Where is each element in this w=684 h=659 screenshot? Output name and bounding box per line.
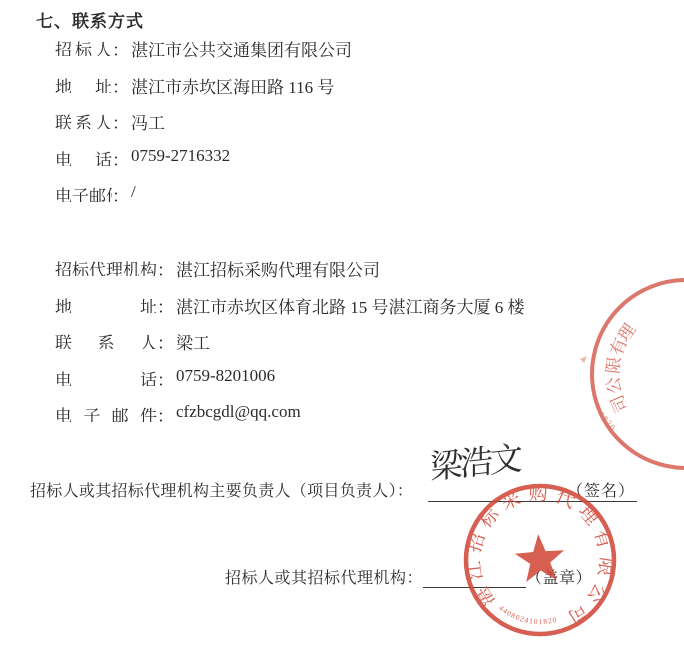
seal-char: 司 bbox=[607, 392, 631, 415]
org-label: 招标人或其招标代理机构： bbox=[225, 570, 423, 587]
field-value: 湛江市赤坎区体育北路 15 号湛江商务大厦 6 楼 bbox=[174, 293, 525, 318]
responsible-label: 招标人或其招标代理机构主要负责人（项目负责人）： bbox=[30, 483, 413, 500]
field-colon: ： bbox=[157, 256, 174, 281]
field-colon: ： bbox=[157, 293, 174, 318]
field-label: 地址 bbox=[55, 293, 157, 313]
field-row-email: 电子邮件：/ bbox=[55, 182, 352, 202]
field-label: 电话 bbox=[55, 146, 112, 166]
field-value: 0759-8201006 bbox=[174, 366, 275, 386]
field-row-email: 电子邮件：cfzbcgdl@qq.com bbox=[55, 402, 525, 422]
field-label: 招标人 bbox=[55, 36, 112, 56]
field-colon: ： bbox=[112, 73, 129, 98]
field-colon: ： bbox=[112, 36, 129, 61]
svg-text:4408024101820: 4408024101820 bbox=[496, 603, 561, 631]
field-value: / bbox=[129, 182, 136, 202]
field-label: 电子邮件 bbox=[55, 402, 157, 422]
seal-char: 有 bbox=[607, 335, 631, 358]
field-row-contact-person: 联系人：冯工 bbox=[55, 109, 352, 129]
field-colon: ： bbox=[157, 366, 174, 391]
field-label: 招标代理机构 bbox=[55, 256, 157, 276]
field-row-phone: 电话：0759-8201006 bbox=[55, 366, 525, 386]
organization-seal-row: 招标人或其招标代理机构：（盖章） bbox=[225, 565, 592, 588]
field-value: 湛江市赤坎区海田路 116 号 bbox=[129, 73, 334, 98]
seal-star-tip-fragment bbox=[580, 356, 587, 363]
field-value: 湛江招标采购代理有限公司 bbox=[174, 256, 380, 281]
sign-suffix-label: （签名） bbox=[567, 478, 635, 501]
field-value: 湛江市公共交通集团有限公司 bbox=[129, 36, 352, 61]
section-title: 七、联系方式 bbox=[36, 7, 144, 32]
field-label: 电话 bbox=[55, 366, 157, 386]
field-colon: ： bbox=[112, 182, 129, 207]
seal-ring bbox=[592, 280, 684, 468]
seal-char: 公 bbox=[603, 375, 624, 395]
seal-line bbox=[423, 569, 526, 588]
field-value: 梁工 bbox=[174, 329, 210, 354]
field-label: 联系人 bbox=[55, 329, 157, 349]
field-row-agency: 招标代理机构：湛江招标采购代理有限公司 bbox=[55, 256, 525, 276]
seal-char: 理 bbox=[614, 320, 639, 345]
seal-serial-fragment: 1820 bbox=[597, 410, 618, 433]
field-value: 0759-2716332 bbox=[129, 146, 230, 166]
company-seal-stamp-partial: 理 有 限 公 司 1820 bbox=[570, 268, 684, 480]
document-page: 七、联系方式 招标人：湛江市公共交通集团有限公司 地址：湛江市赤坎区海田路 11… bbox=[0, 0, 684, 659]
field-colon: ： bbox=[112, 146, 129, 171]
field-colon: ： bbox=[157, 402, 174, 427]
field-label: 联系人 bbox=[55, 109, 112, 129]
responsible-person-row: 招标人或其招标代理机构主要负责人（项目负责人）： bbox=[30, 478, 413, 501]
seal-serial-number: 4408024101820 bbox=[496, 603, 561, 631]
seal-suffix-label: （盖章） bbox=[526, 570, 592, 587]
agency-contact-block: 招标代理机构：湛江招标采购代理有限公司 地址：湛江市赤坎区体育北路 15 号湛江… bbox=[55, 256, 525, 439]
field-label: 电子邮件 bbox=[55, 182, 112, 202]
field-row-phone: 电话：0759-2716332 bbox=[55, 146, 352, 166]
field-label: 地址 bbox=[55, 73, 112, 93]
seal-char: 限 bbox=[603, 356, 624, 375]
field-row-contact-person: 联系人：梁工 bbox=[55, 329, 525, 349]
tenderer-contact-block: 招标人：湛江市公共交通集团有限公司 地址：湛江市赤坎区海田路 116 号 联系人… bbox=[55, 36, 352, 219]
field-colon: ： bbox=[157, 329, 174, 354]
field-row-tenderer: 招标人：湛江市公共交通集团有限公司 bbox=[55, 36, 352, 56]
field-value: cfzbcgdl@qq.com bbox=[174, 402, 301, 422]
field-colon: ： bbox=[112, 109, 129, 134]
field-value: 冯工 bbox=[129, 109, 165, 134]
field-row-address: 地址：湛江市赤坎区体育北路 15 号湛江商务大厦 6 楼 bbox=[55, 293, 525, 313]
field-row-address: 地址：湛江市赤坎区海田路 116 号 bbox=[55, 73, 352, 93]
